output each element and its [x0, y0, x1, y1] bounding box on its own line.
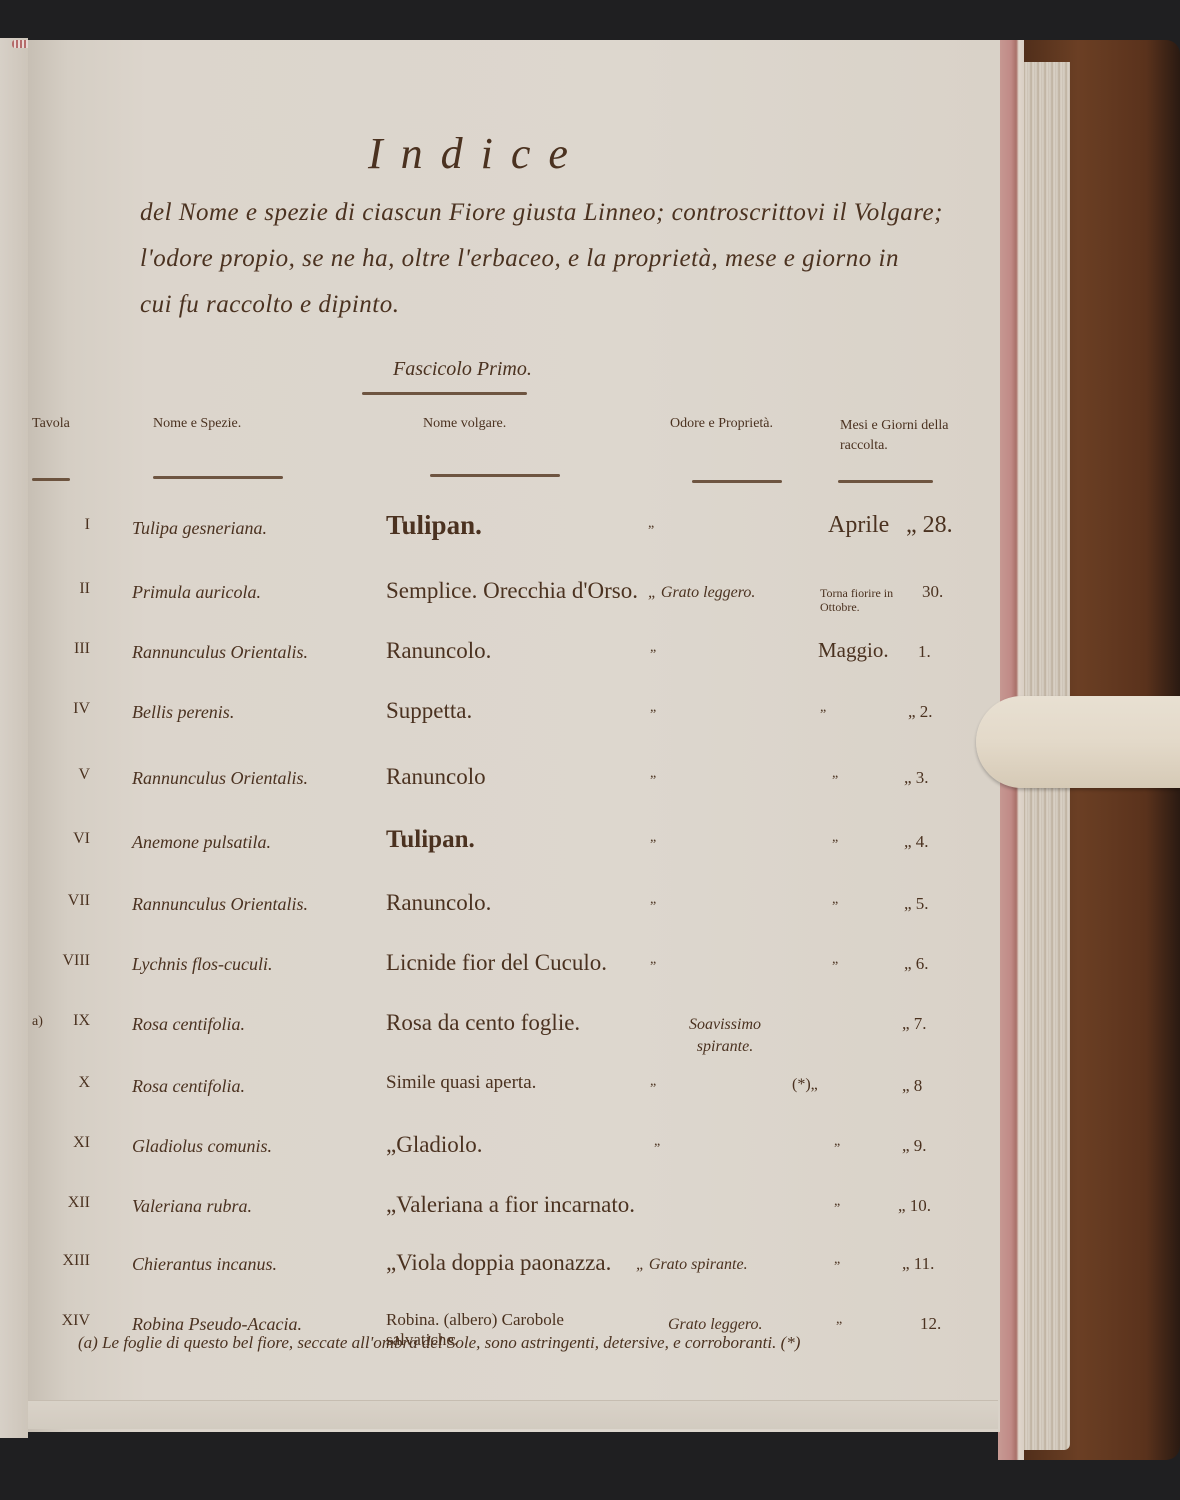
row-tavola: I — [28, 516, 90, 534]
header-rule — [692, 480, 782, 483]
row-giorno: 30. — [922, 582, 943, 602]
col-header-nome-spezie: Nome e Spezie. — [153, 416, 241, 432]
row-giorno: „ 5. — [904, 894, 929, 914]
row-giorno: „ 3. — [904, 768, 929, 788]
intro-line: cui fu raccolto e dipinto. — [140, 282, 980, 328]
row-nome-volgare: „Gladiolo. — [386, 1132, 482, 1158]
bone-bookmark — [976, 696, 1180, 788]
row-nome-volgare: Ranuncolo — [386, 764, 486, 790]
row-mese: Maggio. — [818, 638, 889, 663]
row-nome-spezie: Gladiolus comunis. — [132, 1136, 272, 1157]
row-nome-spezie: Lychnis flos-cuculi. — [132, 954, 272, 975]
row-giorno: „ 9. — [902, 1136, 927, 1156]
row-odore: „ Grato leggero. — [648, 584, 755, 602]
row-giorno: 1. — [918, 642, 931, 662]
row-nome-volgare: Ranuncolo. — [386, 638, 491, 664]
row-nome-volgare: „Valeriana a fior incarnato. — [386, 1192, 635, 1218]
table-row: XI Gladiolus comunis. „Gladiolo. „ „ „ 9… — [28, 1134, 1028, 1174]
left-page — [0, 38, 28, 1438]
row-mese: „ — [834, 1194, 840, 1210]
row-mese: Torna fiorire in Ottobre. — [820, 586, 910, 614]
row-mese: Aprile — [828, 512, 889, 539]
row-odore: „ — [650, 640, 656, 656]
table-row: VII Rannunculus Orientalis. Ranuncolo. „… — [28, 892, 1028, 932]
row-odore: „ — [650, 952, 656, 968]
table-row: X Rosa centifolia. Simile quasi aperta. … — [28, 1074, 1028, 1114]
row-tavola: V — [28, 766, 90, 784]
intro-paragraph: del Nome e spezie di ciascun Fiore giust… — [140, 190, 980, 328]
row-nome-spezie: Rosa centifolia. — [132, 1076, 245, 1097]
row-mese: „ — [836, 1312, 842, 1328]
row-nome-spezie: Valeriana rubra. — [132, 1196, 252, 1217]
row-nome-volgare: Rosa da cento foglie. — [386, 1010, 580, 1036]
subtitle-underline — [362, 392, 527, 395]
table-row: XII Valeriana rubra. „Valeriana a fior i… — [28, 1194, 1028, 1234]
table-row: a) IX Rosa centifolia. Rosa da cento fog… — [28, 1012, 1028, 1052]
header-rule — [32, 478, 70, 481]
table-row: XIII Chierantus incanus. „Viola doppia p… — [28, 1252, 1028, 1292]
row-odore: „ — [650, 830, 656, 846]
header-rule — [430, 474, 560, 477]
row-nome-spezie: Chierantus incanus. — [132, 1254, 277, 1275]
table-row: VI Anemone pulsatila. Tulipan. „ „ „ 4. — [28, 830, 1028, 870]
row-nome-volgare: Tulipan. — [386, 510, 482, 541]
row-nome-spezie: Tulipa gesneriana. — [132, 518, 267, 539]
row-odore: Soavissimo spirante. — [660, 1014, 790, 1058]
col-header-odore: Odore e Proprietà. — [670, 416, 773, 432]
table-row: II Primula auricola. Semplice. Orecchia … — [28, 580, 1028, 620]
row-nome-volgare: Simile quasi aperta. — [386, 1072, 536, 1094]
col-header-nome-volgare: Nome volgare. — [423, 416, 506, 432]
row-tavola: VII — [28, 892, 90, 910]
row-nome-spezie: Rosa centifolia. — [132, 1014, 245, 1035]
row-nome-volgare: Semplice. Orecchia d'Orso. — [386, 578, 638, 604]
row-tavola: XI — [28, 1134, 90, 1152]
row-odore: „ — [650, 1074, 656, 1090]
row-tavola: X — [28, 1074, 90, 1092]
header-rule — [838, 480, 933, 483]
table-row: VIII Lychnis flos-cuculi. Licnide fior d… — [28, 952, 1028, 992]
col-header-tavola: Tavola — [32, 416, 70, 432]
row-mese: „ — [832, 892, 838, 908]
row-nome-spezie: Rannunculus Orientalis. — [132, 642, 308, 663]
row-nome-volgare: „Viola doppia paonazza. — [386, 1250, 611, 1276]
row-nome-volgare: Licnide fior del Cuculo. — [386, 950, 607, 976]
row-giorno: „ 8 — [902, 1076, 922, 1096]
row-tavola: II — [28, 580, 90, 598]
row-tavola: XIV — [28, 1312, 90, 1330]
table-row: I Tulipa gesneriana. Tulipan. „ Aprile „… — [28, 516, 1028, 556]
page-title: Indice — [368, 128, 586, 179]
row-tavola: VIII — [28, 952, 90, 970]
row-tavola: XIII — [28, 1252, 90, 1270]
row-nome-volgare: Suppetta. — [386, 698, 472, 724]
row-giorno: „ 4. — [904, 832, 929, 852]
row-giorno: „ 6. — [904, 954, 929, 974]
row-giorno: „ 11. — [902, 1254, 934, 1274]
row-giorno: „ 28. — [906, 512, 953, 539]
row-nome-volgare: Tulipan. — [386, 826, 475, 854]
row-mese: „ — [832, 952, 838, 968]
header-rule — [153, 476, 283, 479]
row-nome-spezie: Anemone pulsatila. — [132, 832, 271, 853]
row-mese: „ — [832, 766, 838, 782]
table-row: III Rannunculus Orientalis. Ranuncolo. „… — [28, 640, 1028, 680]
row-tavola: III — [28, 640, 90, 658]
row-tavola: IX — [28, 1012, 90, 1030]
row-giorno: „ 10. — [898, 1196, 931, 1216]
footnote: (a) Le foglie di questo bel fiore, secca… — [78, 1330, 958, 1356]
row-mese: „ — [834, 1252, 840, 1268]
manuscript-page: Indice del Nome e spezie di ciascun Fior… — [28, 40, 1000, 1432]
row-odore: „ — [654, 1134, 660, 1150]
row-mese: „ — [834, 1134, 840, 1150]
row-mese: „ — [832, 830, 838, 846]
intro-line: l'odore propio, se ne ha, oltre l'erbace… — [140, 236, 980, 282]
section-subtitle: Fascicolo Primo. — [393, 358, 532, 381]
page-bottom-fold — [28, 1400, 998, 1429]
row-odore: „ — [650, 700, 656, 716]
row-nome-volgare: Ranuncolo. — [386, 890, 491, 916]
row-nome-spezie: Bellis perenis. — [132, 702, 234, 723]
row-odore: „ — [648, 516, 654, 532]
row-giorno: „ 2. — [908, 702, 933, 722]
row-nome-spezie: Rannunculus Orientalis. — [132, 894, 308, 915]
row-tavola: XII — [28, 1194, 90, 1212]
table-row: IV Bellis perenis. Suppetta. „ „ „ 2. — [28, 700, 1028, 740]
col-header-mesi-giorni: Mesi e Giorni della raccolta. — [840, 416, 955, 456]
row-mese: (*)„ — [792, 1076, 818, 1094]
row-mese: „ — [820, 700, 826, 716]
row-giorno: „ 7. — [902, 1014, 927, 1034]
row-tavola: VI — [28, 830, 90, 848]
row-nome-spezie: Primula auricola. — [132, 582, 261, 603]
row-odore: „ — [650, 892, 656, 908]
row-odore: „ Grato spirante. — [636, 1256, 748, 1274]
row-tavola: IV — [28, 700, 90, 718]
row-odore: „ — [650, 766, 656, 782]
table-row: V Rannunculus Orientalis. Ranuncolo „ „ … — [28, 766, 1028, 806]
intro-line: del Nome e spezie di ciascun Fiore giust… — [140, 190, 980, 236]
row-nome-spezie: Rannunculus Orientalis. — [132, 768, 308, 789]
